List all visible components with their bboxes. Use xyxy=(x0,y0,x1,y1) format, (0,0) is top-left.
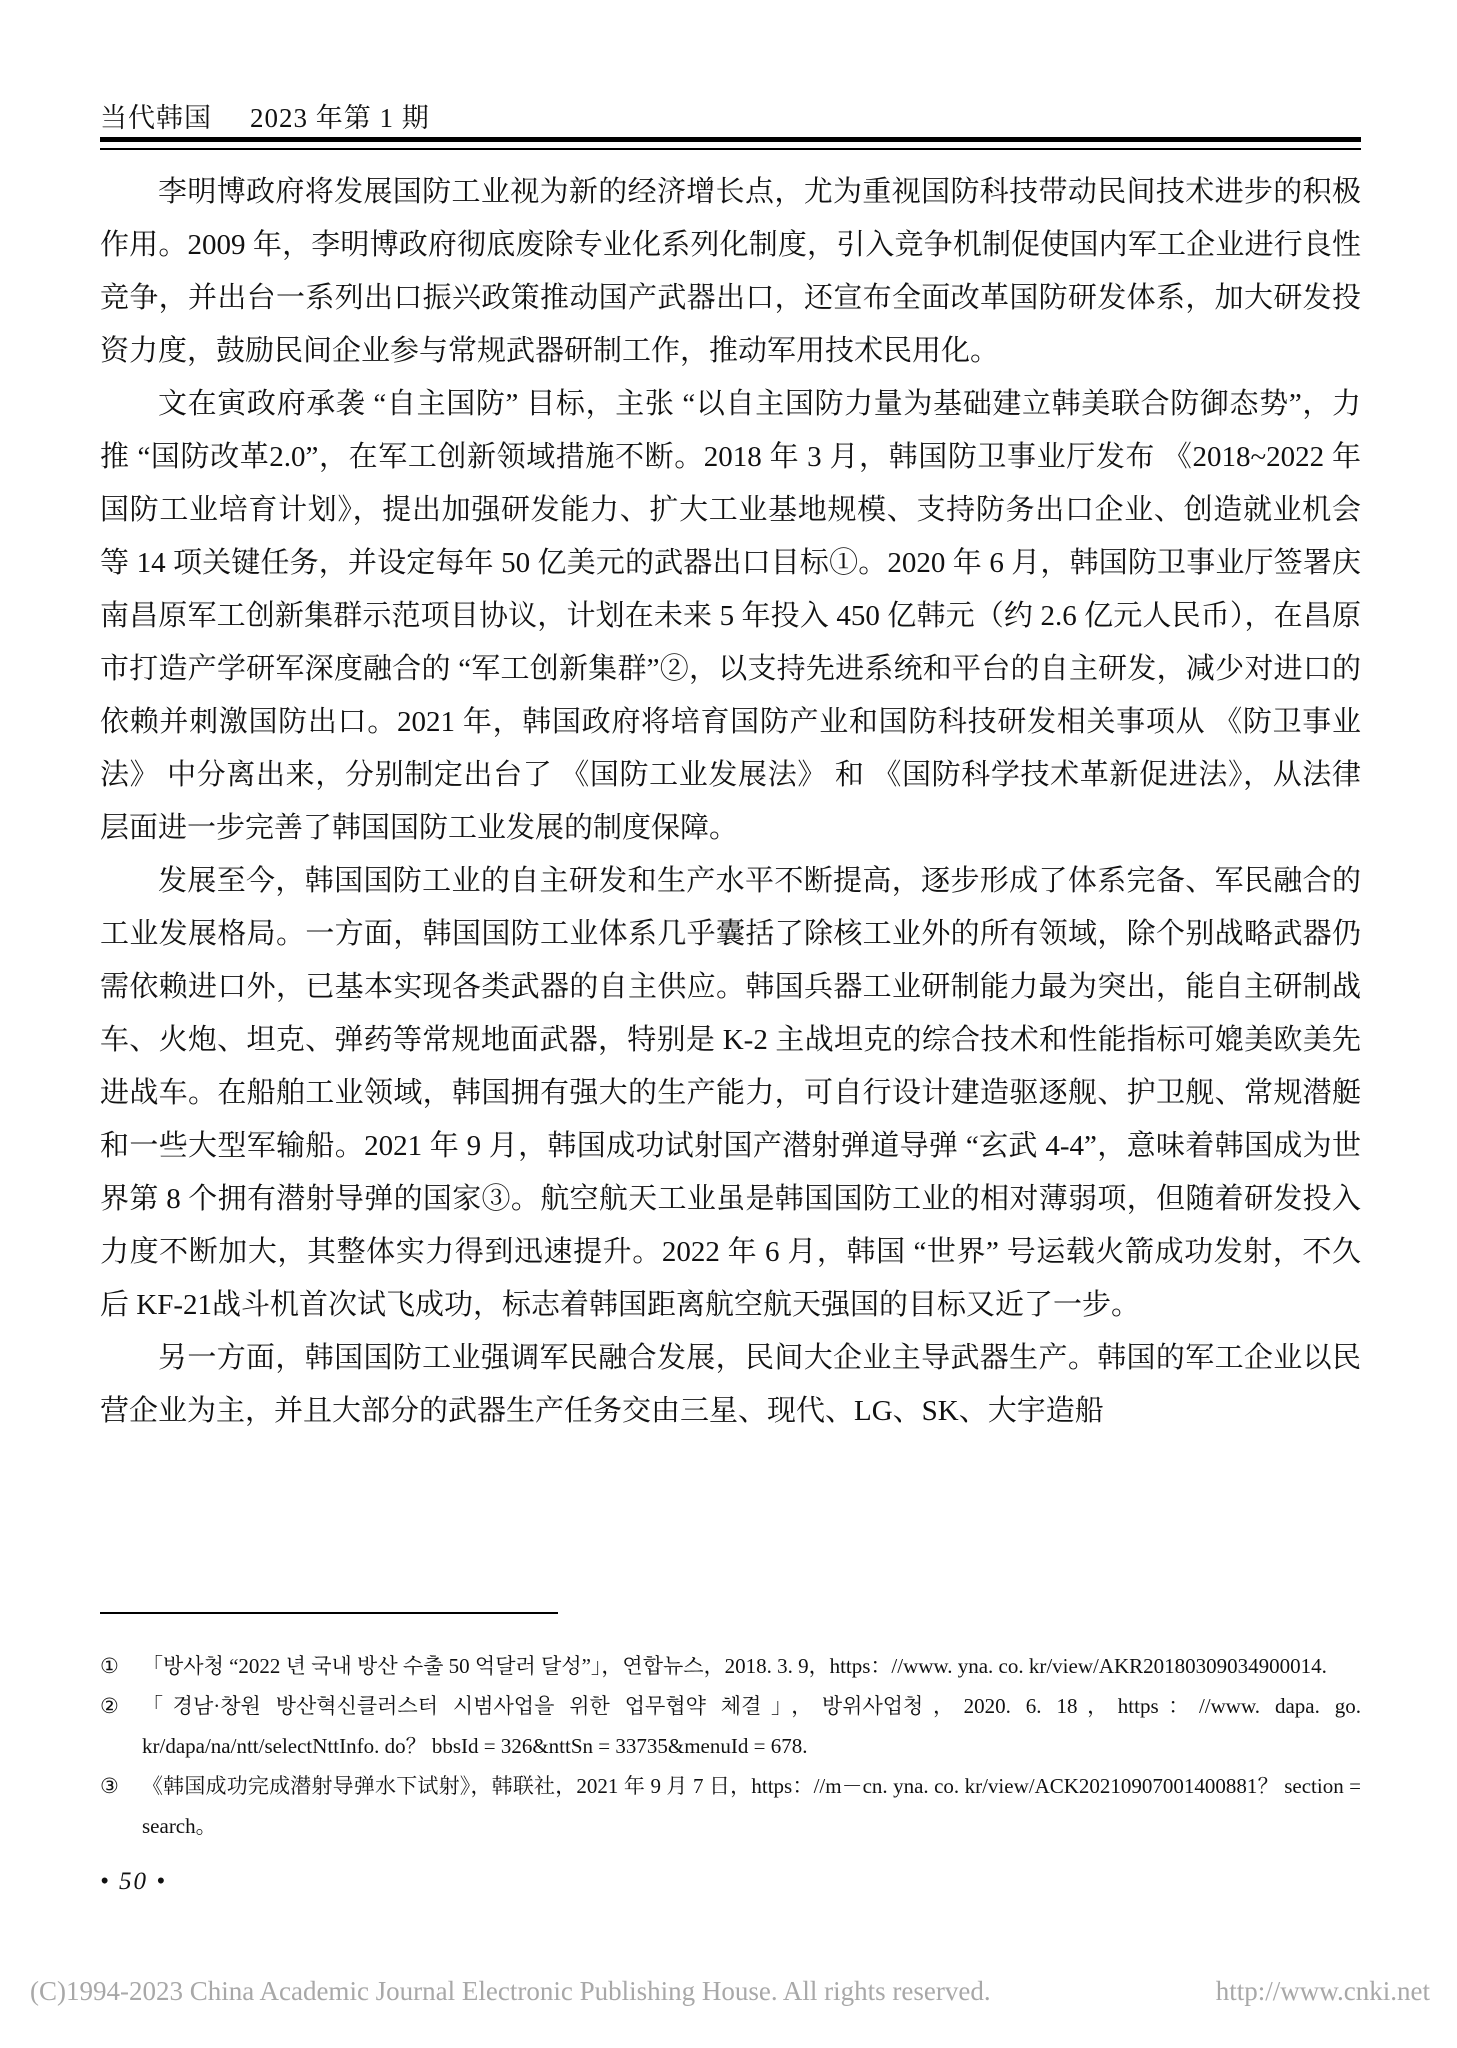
page-number: • 50 • xyxy=(100,1868,167,1896)
header-rule-thin xyxy=(100,148,1361,150)
footnote-2-text: 「경남·창원 방산혁신클러스터 시범사업을 위한 업무협약 체결」，방위사업청，… xyxy=(142,1686,1361,1766)
cnki-watermark: (C)1994-2023 China Academic Journal Elec… xyxy=(30,1976,1430,2007)
journal-header: 当代韩国2023 年第 1 期 xyxy=(100,96,430,135)
footnote-separator xyxy=(100,1612,558,1614)
document-page: 当代韩国2023 年第 1 期 李明博政府将发展国防工业视为新的经济增长点，尤为… xyxy=(0,0,1457,2048)
footnote-1: ① 「방사청 “2022 년 국내 방산 수출 50 억달러 달성”」，연합뉴스… xyxy=(100,1646,1361,1686)
copyright-text: (C)1994-2023 China Academic Journal Elec… xyxy=(30,1976,991,2007)
header-rule-thick xyxy=(100,137,1361,142)
paragraph-1: 李明博政府将发展国防工业视为新的经济增长点，尤为重视国防科技带动民间技术进步的积… xyxy=(100,166,1361,378)
footnotes-section: ① 「방사청 “2022 년 국내 방산 수출 50 억달러 달성”」，연합뉴스… xyxy=(100,1646,1361,1846)
paragraph-2: 文在寅政府承袭 “自主国防” 目标，主张 “以自主国防力量为基础建立韩美联合防御… xyxy=(100,378,1361,855)
cnki-url: http://www.cnki.net xyxy=(1216,1976,1430,2007)
footnote-2: ② 「경남·창원 방산혁신클러스터 시범사업을 위한 업무협약 체결」，방위사업… xyxy=(100,1686,1361,1766)
footnote-3-text: 《韩国成功完成潜射导弹水下试射》，韩联社，2021 年 9 月 7 日，http… xyxy=(142,1766,1361,1846)
footnote-1-text: 「방사청 “2022 년 국내 방산 수출 50 억달러 달성”」，연합뉴스，2… xyxy=(142,1646,1361,1686)
footnote-3-marker: ③ xyxy=(100,1766,142,1806)
journal-title: 当代韩国 xyxy=(100,103,212,133)
issue-label: 2023 年第 1 期 xyxy=(250,103,430,133)
footnote-1-marker: ① xyxy=(100,1646,142,1686)
article-body: 李明博政府将发展国防工业视为新的经济增长点，尤为重视国防科技带动民间技术进步的积… xyxy=(100,166,1361,1438)
paragraph-4: 另一方面，韩国国防工业强调军民融合发展，民间大企业主导武器生产。韩国的军工企业以… xyxy=(100,1332,1361,1438)
paragraph-3: 发展至今，韩国国防工业的自主研发和生产水平不断提高，逐步形成了体系完备、军民融合… xyxy=(100,855,1361,1332)
footnote-3: ③ 《韩国成功完成潜射导弹水下试射》，韩联社，2021 年 9 月 7 日，ht… xyxy=(100,1766,1361,1846)
footnote-2-marker: ② xyxy=(100,1686,142,1726)
